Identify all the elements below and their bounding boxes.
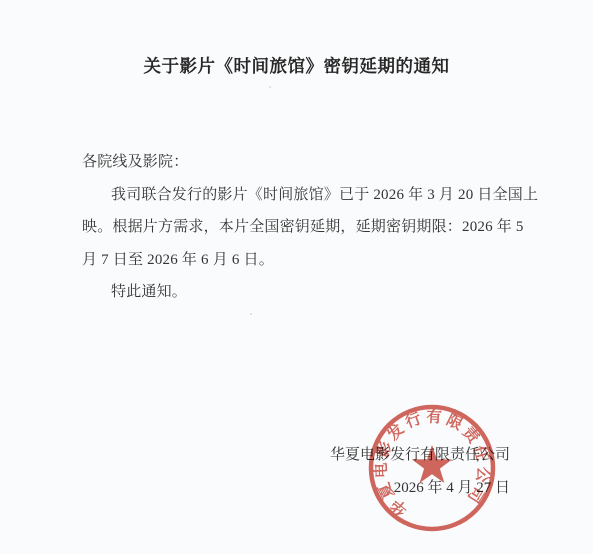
- salutation-line: 各院线及影院：: [82, 146, 522, 179]
- document-title: 关于影片《时间旅馆》密钥延期的通知: [0, 53, 593, 78]
- document-body: 各院线及影院： 我司联合发行的影片《时间旅馆》已于 2026 年 3 月 20 …: [82, 146, 522, 309]
- body-line: 月 7 日至 2026 年 6 月 6 日。: [82, 244, 522, 277]
- body-line: 映。根据片方需求，本片全国密钥延期，延期密钥期限：2026 年 5: [82, 211, 522, 244]
- scan-speck: [250, 313, 252, 315]
- seal-star-icon: [412, 445, 452, 483]
- notice-document-page: 关于影片《时间旅馆》密钥延期的通知 各院线及影院： 我司联合发行的影片《时间旅馆…: [0, 0, 593, 554]
- scan-speck: [269, 86, 271, 88]
- body-line: 我司联合发行的影片《时间旅馆》已于 2026 年 3 月 20 日全国上: [82, 179, 522, 212]
- company-seal-stamp: 华夏电影发行有限责任公司: [357, 393, 507, 543]
- closing-line: 特此通知。: [82, 276, 522, 309]
